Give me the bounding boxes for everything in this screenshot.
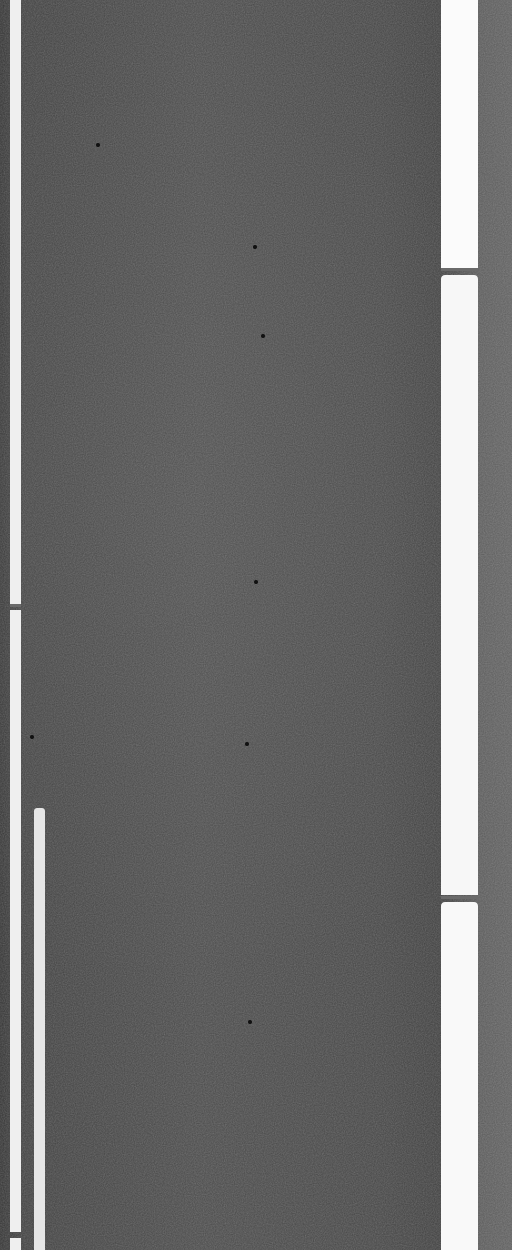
left-edge-line	[10, 610, 21, 1232]
left-edge-line	[10, 0, 21, 604]
debris-speck	[261, 334, 265, 338]
marking-seam	[441, 268, 478, 271]
left-edge-line	[10, 1238, 21, 1250]
debris-speck	[254, 580, 258, 584]
debris-speck	[96, 143, 100, 147]
marking-seam	[441, 896, 478, 899]
right-lane-line	[441, 275, 478, 895]
road-scene	[0, 0, 512, 1250]
left-inner-line	[34, 808, 45, 1250]
debris-speck	[248, 1020, 252, 1024]
marking-seam	[10, 604, 21, 607]
debris-speck	[245, 742, 249, 746]
debris-speck	[253, 245, 257, 249]
right-lane-line	[441, 0, 478, 268]
debris-speck	[30, 735, 34, 739]
right-lane-line	[441, 902, 478, 1250]
asphalt-texture	[0, 0, 512, 1250]
